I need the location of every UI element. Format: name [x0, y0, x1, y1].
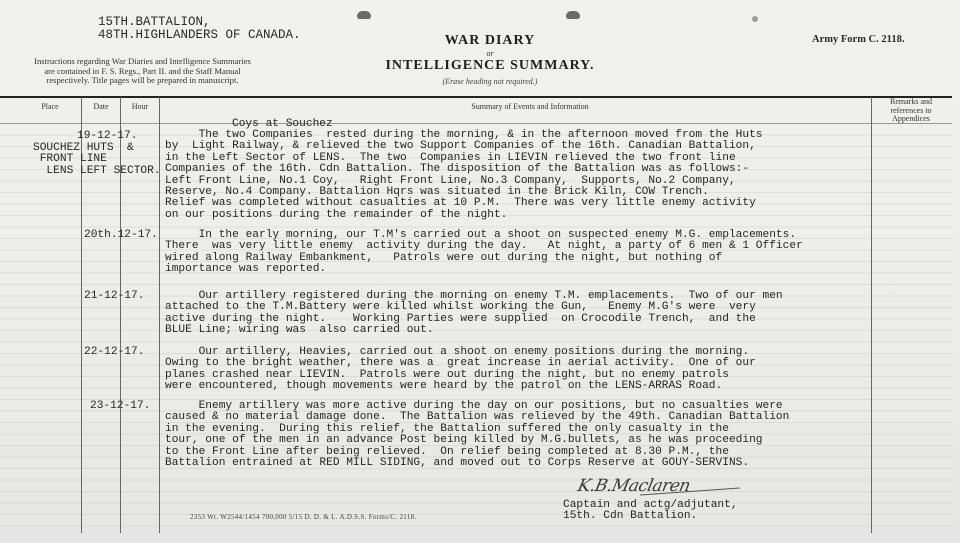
- title-or: or: [360, 49, 620, 58]
- column-header-date: Date: [82, 102, 120, 111]
- diary-entry: Enemy artillery was more active during t…: [165, 401, 789, 469]
- form-title: WAR DIARY or INTELLIGENCE SUMMARY. (Eras…: [360, 33, 620, 86]
- instructions-note: Instructions regarding War Diaries and I…: [30, 57, 255, 86]
- unit-name: 15TH.BATTALION,48TH.HIGHLANDERS OF CANAD…: [98, 16, 301, 42]
- entry-date: 22-12-17.: [84, 347, 144, 358]
- signatory-unit: 15th. Cdn Battalion.: [563, 511, 738, 522]
- column-header-hour: Hour: [121, 102, 159, 111]
- column-divider-remarks: [871, 97, 872, 533]
- column-header-summary: Summary of Events and Information: [420, 102, 640, 111]
- ink-stain: [752, 16, 758, 22]
- entry-date: 21-12-17.: [84, 291, 144, 302]
- diary-entry: The two Companies rested during the morn…: [165, 130, 763, 221]
- place-entry: SOUCHEZ HUTS & FRONT LINE LENS LEFT SECT…: [33, 143, 161, 177]
- title-intelligence-summary: INTELLIGENCE SUMMARY.: [360, 58, 620, 74]
- header-rule: [0, 96, 952, 98]
- entry-date: 20th.12-17.: [84, 230, 158, 241]
- title-erase-note: (Erase heading not required.): [360, 77, 620, 86]
- punch-hole-left: [357, 11, 371, 19]
- entry-date: 23-12-17.: [90, 401, 150, 412]
- column-header-rule: [0, 123, 952, 124]
- unit-line-2: 48TH.HIGHLANDERS OF CANADA.: [98, 29, 301, 42]
- printer-imprint: 2353 Wt. W2544/1454 700,000 5/15 D. D. &…: [190, 513, 416, 521]
- punch-hole-right: [566, 11, 580, 19]
- entry-date: 19-12-17.: [77, 131, 137, 142]
- army-form-number: Army Form C. 2118.: [812, 34, 904, 45]
- war-diary-page: 15TH.BATTALION,48TH.HIGHLANDERS OF CANAD…: [0, 0, 960, 543]
- title-war-diary: WAR DIARY: [360, 33, 620, 49]
- diary-entry: In the early morning, our T.M's carried …: [165, 230, 803, 276]
- column-header-remarks: Remarks and references to Appendices: [878, 98, 944, 124]
- signatory-title: Captain and actg/adjutant,15th. Cdn Batt…: [563, 500, 738, 523]
- diary-entry: Our artillery, Heavies, carried out a sh…: [165, 347, 756, 393]
- diary-entry: Our artillery registered during the morn…: [165, 291, 783, 337]
- column-header-place: Place: [20, 102, 80, 111]
